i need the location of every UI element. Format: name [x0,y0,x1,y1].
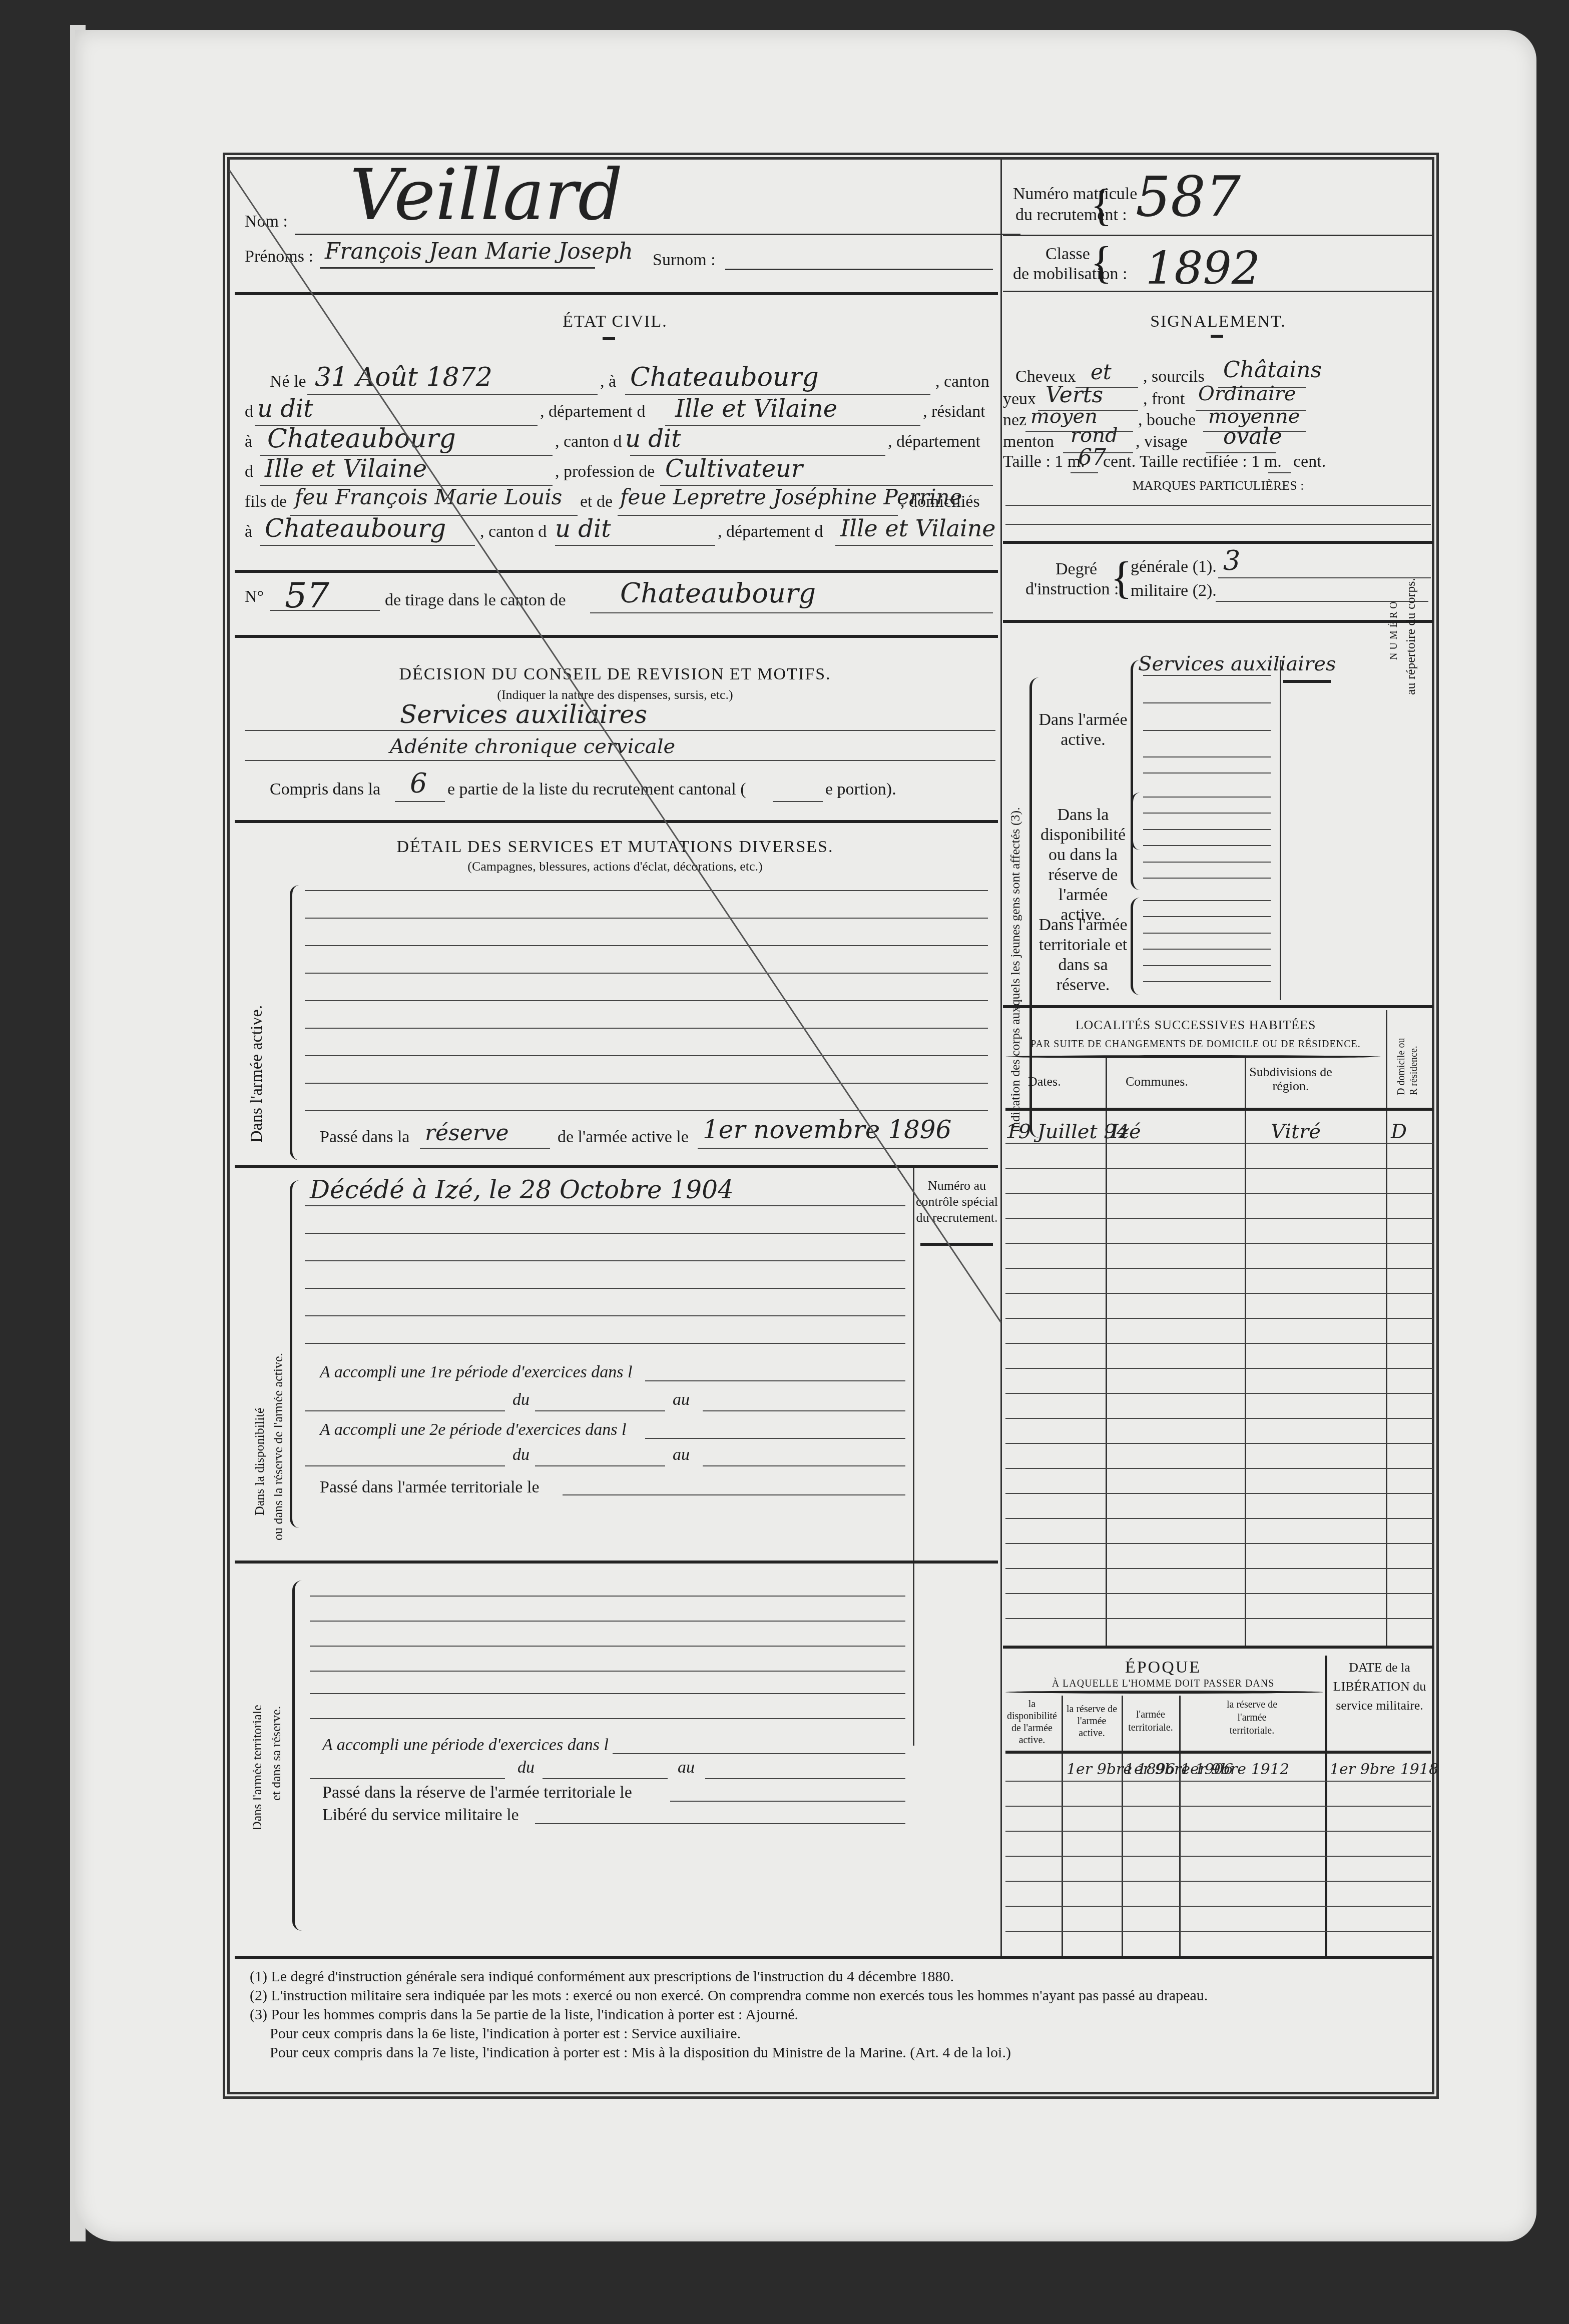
partie-suffix: e partie de la liste du recrutement cant… [447,780,746,799]
corps-territoriale-label: Dans l'armée territoriale et dans sa rés… [1038,915,1128,995]
controle-label: Numéro au contrôle spécial du recrutemen… [914,1178,999,1226]
corps-line [1143,772,1271,773]
visage-label: , visage [1136,432,1188,451]
au-label: au [673,1445,690,1464]
classe-value: 1892 [1146,242,1260,295]
passe-reserve-label: Passé dans la [320,1128,409,1147]
row-line [1005,1268,1433,1269]
divider [1005,1108,1433,1111]
corps-line [1143,916,1271,917]
service-line [305,1000,988,1001]
divider [1003,1646,1433,1649]
corps-line [1143,949,1271,950]
field-line [703,1410,905,1411]
row-line [1005,1518,1433,1519]
active-side-label: Dans l'armée active. [247,1005,266,1143]
row-line [1005,1881,1431,1882]
brace [290,1180,299,1528]
row-line [1005,1468,1433,1469]
cent-label: cent. [1293,452,1326,471]
col-disponibilite: la disponibilité de l'armée active. [1004,1698,1060,1746]
service-line [305,1315,905,1316]
portion-line [773,801,823,802]
divider [235,1956,1433,1959]
lieu-naissance-value: Chateaubourg [630,362,819,392]
taille-label: Taille : 1 m. [1003,452,1085,471]
a-label: à [245,432,252,451]
row-line [1005,1906,1431,1907]
col-liberation: DATE de la LIBÉRATION du service militai… [1328,1658,1431,1715]
classe-label-1: Classe [1045,245,1090,264]
front-value: Ordinaire [1198,382,1296,405]
disponibilite-side-label-2: ou dans la réserve de l'armée active. [271,1353,286,1540]
numero-label-1: NUMÉRO [1388,598,1400,660]
pere-value: feu François Marie Louis [295,485,562,509]
periode2-label: A accompli une 2e période d'exercices da… [320,1420,626,1439]
corps-line [1143,730,1271,731]
du-label: du [517,1758,535,1777]
departement-value: Ille et Vilaine [675,395,837,423]
footnote-3: (3) Pour les hommes compris dans la 5e p… [250,2006,798,2023]
row-line [1005,1593,1433,1594]
passe-territoriale-label: Passé dans l'armée territoriale le [320,1478,540,1497]
ne-le-label: Né le [270,372,306,391]
visage-value: ovale [1223,424,1282,449]
departement-label: , département d [718,522,823,541]
divider [1003,620,1433,623]
footnote-1: (1) Le degré d'instruction générale sera… [250,1968,954,1985]
localites-subtitle: PAR SUITE DE CHANGEMENTS DE DOMICILE OU … [1003,1039,1388,1050]
divider [235,1561,998,1564]
departement-label: , département [888,432,980,451]
row-line [1005,1618,1433,1619]
canton-label: , canton d [480,522,547,541]
service-line [305,945,988,946]
corps-disponibilite-label: Dans la disponibilité ou dans la réserve… [1038,805,1128,925]
periode1-label: A accompli une 1re période d'exercices d… [320,1363,632,1382]
col-subdivisions: Subdivisions de région. [1248,1065,1333,1093]
instruction-brace: { [1111,552,1132,604]
field-line [535,1465,665,1466]
field-line [698,1148,988,1149]
d-label: d [245,402,253,421]
a-label: , à [600,372,616,391]
divider [920,1243,993,1246]
service-line [305,1233,905,1234]
field-line [670,1801,905,1802]
service-line [305,1055,988,1056]
row-line [1005,1568,1433,1569]
localites-title: LOCALITÉS SUCCESSIVES HABITÉES [1003,1018,1388,1033]
corps-line [1143,981,1271,982]
passe-reserve-value: réserve [425,1120,509,1146]
epoque-reserve-territoriale: 1er 9bre 1912 [1181,1761,1289,1778]
column-divider [1000,160,1002,1956]
militaire-label: militaire (2). [1131,581,1217,600]
front-label: , front [1143,390,1185,409]
divider [1283,680,1331,683]
brace [290,885,299,1160]
field-line [307,394,598,395]
partie-value: 6 [410,767,427,799]
tirage-no-label: N° [245,587,264,606]
row-line [1005,1543,1433,1544]
divider [235,292,998,295]
taille-value: 67 [1078,445,1106,470]
prenoms-value: François Jean Marie Joseph [325,239,633,264]
du-label: du [512,1445,530,1464]
row-line [1005,1493,1433,1494]
service-line [310,1671,905,1672]
departement-label: , département d [540,402,646,421]
epoque-title: ÉPOQUE [1003,1658,1323,1677]
field-line [1071,472,1098,473]
brace [292,1581,302,1931]
corps-line [1143,933,1271,934]
field-line [535,1410,665,1411]
nez-label: nez [1003,411,1026,430]
territoriale-side-label-1: Dans l'armée territoriale [250,1705,265,1831]
column-divider [1386,1010,1387,1646]
menton-value: rond [1071,424,1118,447]
service-line [310,1646,905,1647]
service-line [305,1260,905,1261]
au-label: au [673,1390,690,1409]
menton-label: menton [1003,432,1054,451]
residence-value: Chateaubourg [267,424,456,454]
service-line [305,1205,905,1206]
row-line [1005,1931,1431,1932]
title-rule [603,337,615,340]
au-label: au [678,1758,695,1777]
field-line [270,610,380,611]
decision-title: DÉCISION DU CONSEIL DE REVISION ET MOTIF… [230,665,1000,684]
footnote-4: Pour ceux compris dans la 6e liste, l'in… [270,2025,741,2042]
decision-line-2: Adénite chronique cervicale [390,735,675,758]
field-line [665,425,920,426]
divider [235,820,998,823]
surnom-label: Surnom : [653,251,716,270]
row-line [1005,1368,1433,1369]
classe-brace: { [1091,237,1112,289]
brace [1131,898,1140,995]
canton-label: , canton [935,372,989,391]
divider [1003,541,1433,544]
tirage-canton-value: Chateaubourg [620,577,816,609]
field-line [535,1823,905,1824]
prenoms-line [320,267,595,269]
marques-line [1005,505,1431,506]
nom-value: Veillard [350,155,623,236]
bouche-label: , bouche [1138,411,1196,430]
footnote-2: (2) L'instruction militaire sera indiqué… [250,1987,1208,2004]
field-line [645,1438,905,1439]
field-line [245,730,995,731]
brace [1131,793,1140,890]
corps-line [1143,797,1271,798]
territoriale-side-label-2: et dans sa réserve. [269,1706,284,1801]
disponibilite-side-label-1: Dans la disponibilité [252,1408,267,1515]
d-label: d [245,462,253,481]
field-line [305,1410,505,1411]
a-label: à [245,522,252,541]
corps-line [1143,965,1271,966]
prenoms-label: Prénoms : [245,247,313,266]
row-line [1005,1193,1433,1194]
service-line [310,1718,905,1719]
corps-line [1143,675,1271,676]
localite-commune: Izé [1111,1120,1141,1143]
sourcils-label: , sourcils [1143,367,1205,386]
row-line [1005,1218,1433,1219]
services-title: DÉTAIL DES SERVICES ET MUTATIONS DIVERSE… [230,838,1000,857]
matricule-brace: { [1091,180,1112,231]
service-line [305,973,988,974]
divider [1003,1005,1433,1008]
passe-reserve-terr-label: Passé dans la réserve de l'armée territo… [322,1783,632,1802]
column-divider [1122,1696,1123,1956]
service-line [305,1083,988,1084]
corps-line [1143,878,1271,879]
row-line [1005,1781,1431,1782]
generale-value: 3 [1223,545,1240,576]
epoque-liberation: 1er 9bre 1918 [1330,1761,1438,1778]
compris-label: Compris dans la [270,780,380,799]
portion-suffix: e portion). [825,780,896,799]
service-line [305,1288,905,1289]
field-line [305,1465,505,1466]
corps-line [1143,900,1271,901]
field-line [395,801,445,802]
col-dates: Dates. [1028,1074,1061,1089]
periode-terr-label: A accompli une période d'exercices dans … [322,1736,609,1755]
deces-note: Décédé à Izé, le 28 Octobre 1904 [310,1175,734,1204]
col-communes: Communes. [1126,1074,1188,1089]
service-line [305,918,988,919]
services-subtitle: (Campagnes, blessures, actions d'éclat, … [230,859,1000,874]
field-line [1268,472,1291,473]
departement2-value: Ille et Vilaine [265,455,427,483]
field-line [1218,577,1431,578]
field-line [645,1380,905,1381]
marques-title: MARQUES PARTICULIÈRES : [1003,478,1433,493]
matricule-value: 587 [1136,165,1241,229]
corps-line [1143,829,1271,830]
row-line [1005,1856,1431,1857]
row-line [1005,1343,1433,1344]
ornament-rule [1005,1055,1381,1058]
corps-line [1143,862,1271,863]
field-line [555,545,715,546]
profession-label: , profession de [555,462,655,481]
row-line [1005,1318,1433,1319]
departement3-value: Ille et Vilaine [840,515,996,542]
residant-label: , résidant [923,402,985,421]
service-line [310,1621,905,1622]
service-line [310,1596,905,1597]
column-divider [1280,660,1281,1000]
corps-active-label: Dans l'armée active. [1038,710,1128,750]
field-line [260,545,475,546]
canton3-value: u dit [555,515,611,543]
field-line [420,1148,550,1149]
col-territoriale: l'armée territoriale. [1123,1708,1178,1734]
field-line [245,760,995,761]
corps-line [1143,813,1271,814]
ne-le-value: 31 Août 1872 [315,362,492,392]
column-divider [913,1168,914,1746]
sourcils-value: Châtains [1223,357,1322,383]
profession-value: Cultivateur [665,455,803,483]
nom-label: Nom : [245,212,288,231]
generale-label: générale (1). [1131,557,1217,576]
field-line [703,1465,905,1466]
instruction-label-1: Degré [1056,560,1097,579]
service-line [310,1693,905,1694]
field-line [705,1778,905,1779]
field-line [310,1778,505,1779]
row-line [1005,1443,1433,1444]
col-reserve-active: la réserve de l'armée active. [1063,1703,1121,1739]
divider [1003,235,1433,236]
nom-line [295,234,1020,235]
service-line [305,1110,988,1111]
canton-label: , canton d [555,432,622,451]
form-frame: Nom : Veillard Prénoms : François Jean M… [223,153,1439,2099]
surnom-line [725,269,993,270]
divider [235,635,998,638]
service-line [305,890,988,891]
epoque-subtitle: À LAQUELLE L'HOMME DOIT PASSER DANS [1003,1678,1323,1690]
row-line [1005,1393,1433,1394]
corps-line [1143,702,1271,703]
et-de-label: et de [580,492,613,511]
divider [1005,1751,1431,1754]
col-reserve-territoriale: la réserve de l'armée territoriale. [1181,1698,1323,1737]
yeux-value: Verts [1045,382,1103,408]
marques-line [1005,524,1431,525]
canton-value: u dit [257,395,313,423]
tirage-canton-label: de tirage dans le canton de [385,591,566,610]
numero-label-2: au répertoire du corps. [1403,578,1418,695]
domicile-value: Chateaubourg [265,514,446,543]
armee-active-le-label: de l'armée active le [558,1128,689,1147]
corps-side-label: Indication des corps auxquels les jeunes… [1008,807,1023,1133]
instruction-label-2: d'instruction : [1025,580,1119,599]
row-line [1005,1418,1433,1419]
field-line [563,1494,905,1495]
field-line [543,1778,668,1779]
taille-rectifiee-label: cent. Taille rectifiée : 1 m. [1103,452,1282,471]
divider [1003,291,1433,292]
row-line [1005,1831,1431,1832]
field-line [590,612,993,613]
column-divider [1245,1058,1246,1646]
localite-dr: D [1391,1120,1407,1143]
row-line [1005,1243,1433,1244]
service-line [305,1028,988,1029]
row-line [1005,1806,1431,1807]
etat-civil-title: ÉTAT CIVIL. [230,312,1000,331]
corps-active-value: Services auxiliaires [1138,652,1336,675]
libere-label: Libéré du service militaire le [322,1806,519,1825]
divider [235,570,998,573]
row-line [1005,1293,1433,1294]
corps-line [1143,845,1271,846]
col-dr-1: D domicile ou [1396,1038,1407,1095]
localite-subdivision: Vitré [1271,1120,1321,1143]
corps-line [1143,756,1271,757]
decision-line-1: Services auxiliaires [400,700,647,729]
canton2-value: u dit [625,425,681,453]
row-line [1005,1143,1433,1144]
cheveux-value: et [1091,360,1112,384]
field-line [613,1753,905,1754]
col-dr-2: R résidence. [1408,1046,1420,1095]
fils-de-label: fils de [245,492,287,511]
row-line [1005,1168,1433,1169]
du-label: du [512,1390,530,1409]
armee-active-le-value: 1er novembre 1896 [703,1115,951,1144]
field-line [835,545,993,546]
divider [235,1165,998,1168]
matricule-label-1: Numéro matricule [1013,185,1137,204]
footnote-5: Pour ceux compris dans la 7e liste, l'in… [270,2044,1011,2061]
service-line [305,1343,905,1344]
domicilies-label: , domiciliés [900,492,980,511]
ornament-rule [1005,1691,1323,1694]
signalement-title: SIGNALEMENT. [1003,312,1433,331]
title-rule [1211,335,1223,338]
column-divider [1106,1058,1107,1646]
